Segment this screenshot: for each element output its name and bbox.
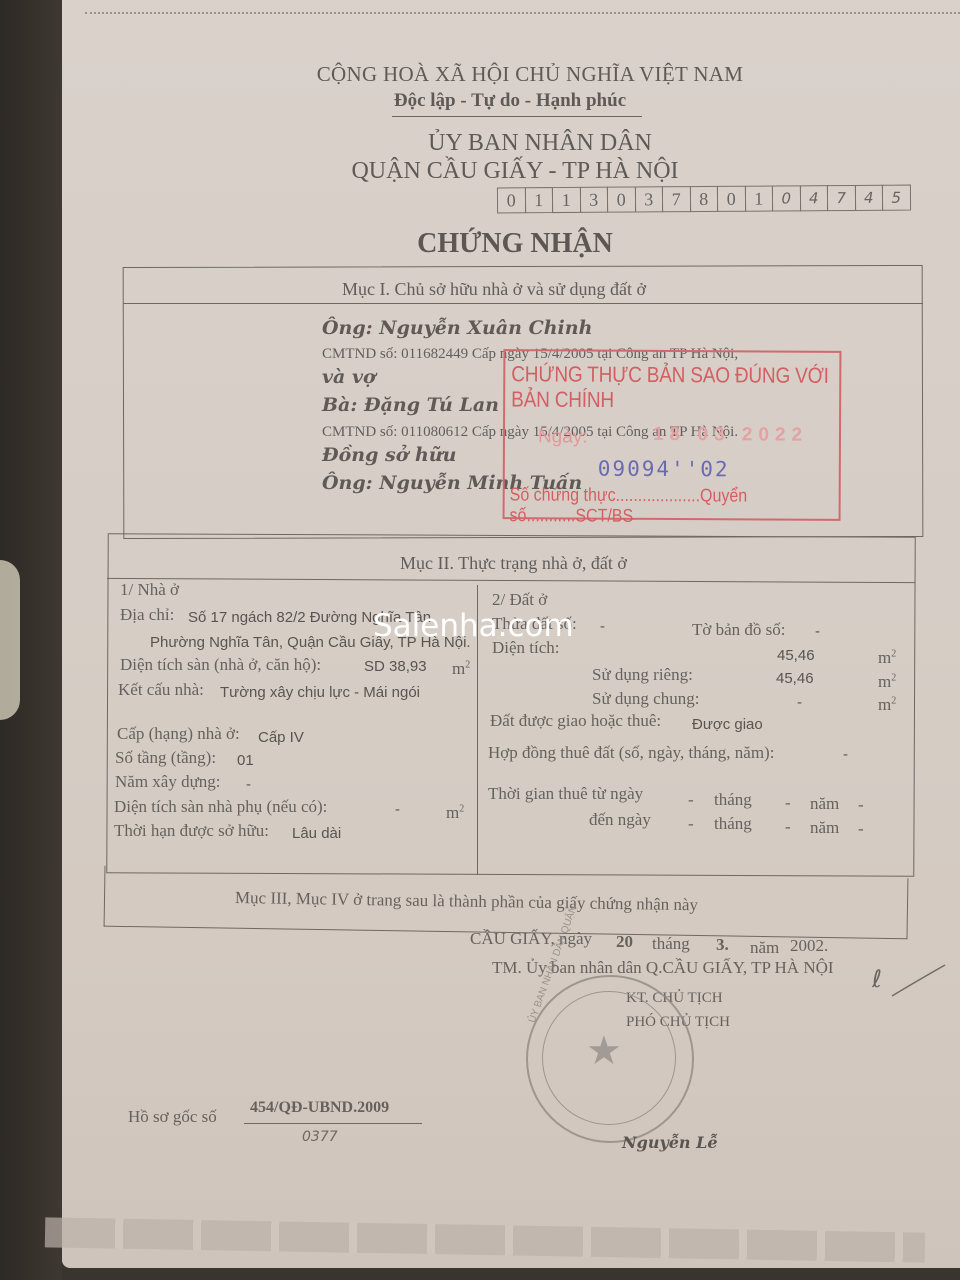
lease-from-year-label: năm [810, 794, 839, 814]
map-sheet-label: Tờ bản đồ số: [692, 620, 786, 640]
annex-area-value: - [395, 801, 400, 818]
issue-month: 3. [716, 935, 729, 955]
map-sheet-value: - [815, 623, 820, 640]
annex-area-label: Diện tích sàn nhà phụ (nếu có): [114, 797, 327, 817]
owner1-name: Ông: Nguyễn Xuân Chinh [322, 317, 592, 339]
signer-name: Nguyễn Lễ [622, 1133, 718, 1152]
lease-from-day: - [688, 790, 694, 810]
seal-star-icon: ★ [586, 1027, 622, 1074]
year-built-value: - [246, 776, 251, 793]
serial-digit-handwritten: 7 [827, 185, 856, 211]
annex-area-unit: m2 [446, 803, 464, 823]
issue-year: 2002. [790, 936, 828, 956]
serial-digit: 0 [497, 187, 526, 213]
issue-month-label: tháng [652, 934, 690, 954]
serial-digit: 1 [744, 186, 773, 212]
serial-number-boxes: 0 1 1 3 0 3 7 8 0 1 0 4 7 4 5 [498, 185, 911, 214]
lease-contract-label: Hợp đồng thuê đất (số, ngày, tháng, năm)… [488, 743, 774, 763]
top-dotted-border [85, 12, 960, 18]
shared-use-value: - [797, 694, 802, 711]
address-label: Địa chỉ: [120, 605, 174, 625]
spouse-label: và vợ [322, 366, 376, 388]
issuer-org-line2: QUẬN CẦU GIẤY - TP HÀ NỘI [0, 158, 960, 185]
stamp-date-value: 18 03 2022 [653, 424, 808, 447]
shared-use-label: Sử dụng chung: [592, 689, 699, 709]
floor-area-value: SD 38,93 [364, 658, 427, 675]
issue-year-label: năm [750, 938, 779, 958]
stamp-title: CHỨNG THỰC BẢN SAO ĐÚNG VỚI BẢN CHÍNH [511, 363, 839, 415]
unit-text: m [878, 695, 891, 714]
unit-superscript: 2 [465, 659, 470, 670]
dossier-number: 454/QĐ-UBND.2009 [250, 1099, 389, 1117]
lease-contract-value: - [843, 746, 848, 763]
lease-from-year: - [858, 795, 864, 815]
stamp-date-label: Ngày: [538, 426, 588, 448]
private-use-value: 45,46 [776, 670, 814, 687]
section2-title: Mục II. Thực trạng nhà ở, đất ở [400, 553, 627, 574]
serial-digit: 0 [607, 186, 636, 212]
serial-digit: 3 [579, 187, 608, 213]
serial-digit: 8 [689, 186, 718, 212]
unit-text: m [446, 803, 459, 822]
issuer-org-line1: ỦY BAN NHÂN DÂN [0, 130, 960, 157]
certificate-title: CHỨNG NHẬN [0, 228, 960, 260]
serial-digit-handwritten: 4 [854, 185, 883, 211]
shared-use-unit: m2 [878, 695, 896, 715]
lease-to-month: - [785, 817, 791, 837]
house-heading: 1/ Nhà ở [120, 580, 179, 600]
dossier-label: Hồ sơ gốc số [128, 1107, 217, 1127]
owner2-name: Bà: Đặng Tú Lan [322, 394, 499, 416]
handwritten-initial: ℓ [872, 965, 882, 993]
lease-to-year-label: năm [810, 818, 839, 838]
official-seal: ★ ỦY BAN NHÂN DÂN QUẬN [526, 975, 694, 1143]
unit-text: m [878, 672, 891, 691]
structure-label: Kết cấu nhà: [118, 680, 204, 700]
lease-from-month-label: tháng [714, 790, 752, 810]
certified-copy-stamp: CHỨNG THỰC BẢN SAO ĐÚNG VỚI BẢN CHÍNH Ng… [503, 349, 842, 521]
unit-text: m [452, 659, 465, 678]
tape-strip [0, 560, 20, 720]
land-area-unit: 45,46m2 [878, 648, 896, 668]
ownership-term-label: Thời hạn được sở hữu: [114, 821, 269, 841]
country-name: CỘNG HOÀ XÃ HỘI CHỦ NGHĨA VIỆT NAM [0, 62, 960, 87]
serial-digit: 1 [552, 187, 581, 213]
lease-to-year: - [858, 819, 864, 839]
plot-number-value: - [600, 618, 605, 635]
floors-label: Số tầng (tầng): [115, 748, 216, 768]
issue-place: CẦU GIẤY, ngày [470, 929, 592, 949]
unit-superscript: 2 [891, 672, 896, 683]
unit-text: m [878, 648, 891, 667]
land-area-value: 45,46 [777, 647, 815, 664]
grade-value: Cấp IV [258, 729, 304, 746]
serial-digit: 0 [717, 186, 746, 212]
grade-label: Cấp (hạng) nhà ở: [117, 724, 240, 744]
private-use-label: Sử dụng riêng: [592, 665, 693, 685]
serial-digit: 7 [662, 186, 691, 212]
unit-superscript: 2 [891, 648, 896, 659]
section1-header-divider [123, 303, 923, 304]
serial-digit: 1 [524, 187, 553, 213]
dossier-sub-number: 0377 [302, 1129, 338, 1145]
dossier-underline [244, 1123, 422, 1124]
serial-digit: 3 [634, 186, 663, 212]
floors-value: 01 [237, 752, 254, 769]
co-owner-label: Đồng sở hữu [322, 444, 456, 466]
issue-day: 20 [616, 932, 633, 952]
allocation-value: Được giao [692, 716, 763, 733]
serial-digit-handwritten: 0 [772, 185, 801, 211]
year-built-label: Năm xây dựng: [115, 772, 221, 792]
national-motto: Độc lập - Tự do - Hạnh phúc [0, 90, 960, 112]
ownership-term-value: Lâu dài [292, 825, 341, 842]
lease-to-day: - [688, 814, 694, 834]
lease-to-label: đến ngày [589, 810, 651, 830]
signature-stroke [890, 960, 950, 1000]
serial-digit-handwritten: 4 [799, 185, 828, 211]
unit-superscript: 2 [891, 695, 896, 706]
unit-superscript: 2 [459, 803, 464, 814]
lease-to-month-label: tháng [714, 814, 752, 834]
floor-area-unit: m2 [452, 659, 470, 679]
motto-underline [392, 116, 642, 117]
structure-value: Tường xây chịu lực - Mái ngói [220, 684, 420, 701]
lease-from-label: Thời gian thuê từ ngày [488, 784, 643, 804]
stamp-certification-number: 09094''02 [598, 457, 730, 482]
land-heading: 2/ Đất ở [492, 590, 547, 610]
serial-digit-handwritten: 5 [882, 185, 911, 211]
lease-from-month: - [785, 793, 791, 813]
private-use-unit: m2 [878, 672, 896, 692]
stamp-footer: Số chứng thực...................Quyển số… [510, 485, 839, 528]
watermark: Salenha.com [373, 608, 574, 644]
floor-area-label: Diện tích sàn (nhà ở, căn hộ): [120, 655, 321, 675]
section1-title: Mục I. Chủ sở hữu nhà ở và sử dụng đất ở [342, 279, 646, 300]
allocation-label: Đất được giao hoặc thuê: [490, 711, 661, 731]
